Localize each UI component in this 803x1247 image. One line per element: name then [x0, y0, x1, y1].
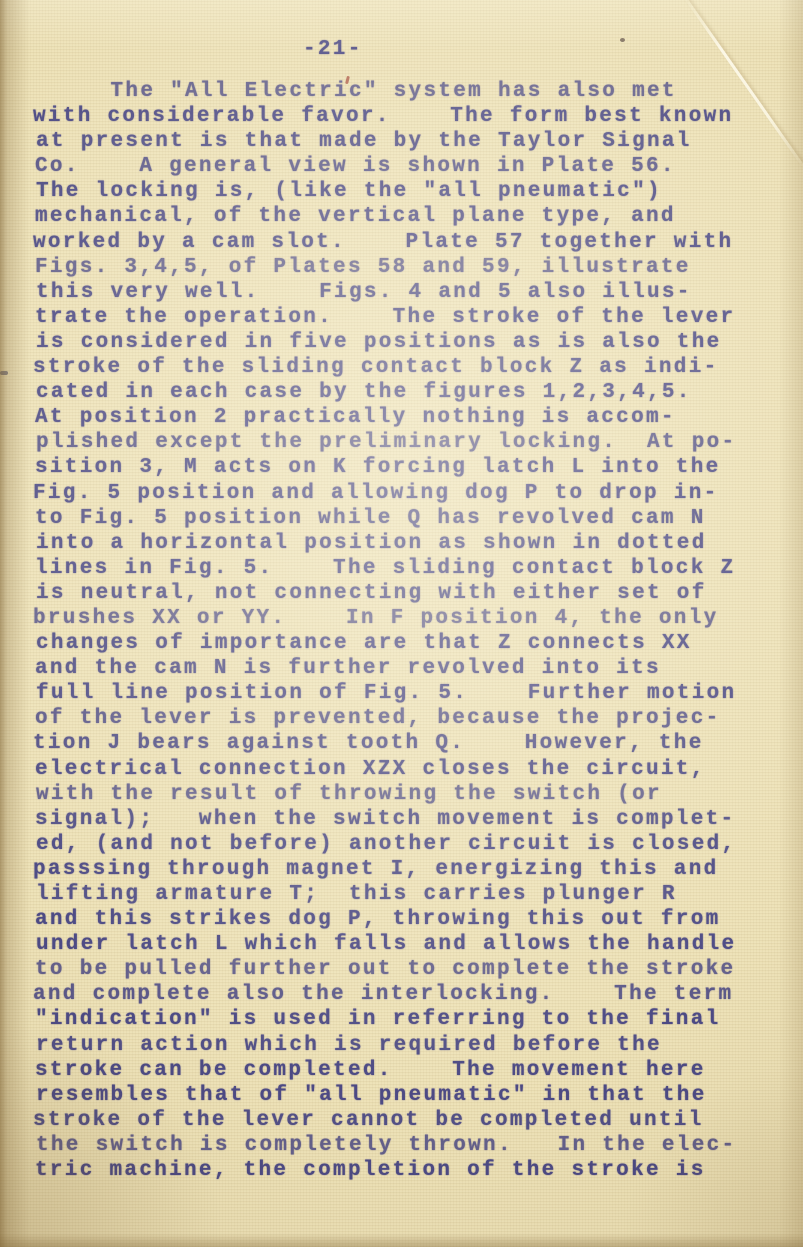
- text-line: electrical connection XZX closes the cir…: [35, 757, 775, 782]
- text-line: The "All Electric" system has also met: [36, 79, 776, 104]
- document-page: -21- The "All Electric" system has also …: [0, 0, 803, 1247]
- text-line: sition 3, M acts on K forcing latch L in…: [35, 455, 775, 480]
- text-line: resembles that of "all pneumatic" in tha…: [36, 1083, 776, 1108]
- text-line: lifting armature T; this carries plunger…: [36, 882, 776, 907]
- text-line: full line position of Fig. 5. Further mo…: [36, 681, 776, 706]
- text-line: with considerable favor. The form best k…: [33, 104, 773, 129]
- text-line: tric machine, the completion of the stro…: [35, 1158, 775, 1183]
- text-line: stroke of the sliding contact block Z as…: [33, 355, 773, 380]
- text-line: signal); when the switch movement is com…: [35, 807, 775, 832]
- text-line: to Fig. 5 position while Q has revolved …: [35, 506, 775, 531]
- text-line: under latch L which falls and allows the…: [36, 932, 776, 957]
- text-line: lines in Fig. 5. The sliding contact blo…: [35, 556, 775, 581]
- text-line: and complete also the interlocking. The …: [33, 982, 773, 1007]
- text-line: passsing through magnet I, energizing th…: [33, 857, 773, 882]
- text-line: stroke can be completed. The movement he…: [35, 1058, 775, 1083]
- text-line: into a horizontal position as shown in d…: [36, 531, 776, 556]
- text-line: The locking is, (like the "all pneumatic…: [36, 179, 776, 204]
- text-line: changes of importance are that Z connect…: [36, 631, 776, 656]
- text-line: trate the operation. The stroke of the l…: [35, 305, 775, 330]
- text-line: ed, (and not before) another circuit is …: [36, 832, 776, 857]
- text-line: at present is that made by the Taylor Si…: [36, 129, 776, 154]
- text-line: is considered in five positions as is al…: [36, 330, 776, 355]
- text-line: At position 2 practically nothing is acc…: [35, 405, 775, 430]
- text-line: tion J bears against tooth Q. However, t…: [33, 731, 773, 756]
- text-line: plished except the preliminary locking. …: [36, 430, 776, 455]
- page-number: -21-: [303, 38, 363, 61]
- text-line: is neutral, not connecting with either s…: [36, 581, 776, 606]
- text-line: and the cam N is further revolved into i…: [35, 656, 775, 681]
- text-line: stroke of the lever cannot be completed …: [33, 1108, 773, 1133]
- text-line: brushes XX or YY. In F position 4, the o…: [33, 606, 773, 631]
- text-line: of the lever is prevented, because the p…: [35, 706, 775, 731]
- text-line: return action which is required before t…: [36, 1033, 776, 1058]
- text-line: and this strikes dog P, throwing this ou…: [35, 907, 775, 932]
- edge-ink-speck: [0, 371, 8, 375]
- text-line: Figs. 3,4,5, of Plates 58 and 59, illust…: [35, 255, 775, 280]
- text-line: worked by a cam slot. Plate 57 together …: [33, 230, 773, 255]
- text-line: with the result of throwing the switch (…: [36, 782, 776, 807]
- text-line: Fig. 5 position and allowing dog P to dr…: [33, 481, 773, 506]
- body-text: The "All Electric" system has also metwi…: [35, 79, 775, 1183]
- text-line: to be pulled further out to complete the…: [35, 957, 775, 982]
- text-line: "indication" is used in referring to the…: [35, 1007, 775, 1032]
- text-line: mechanical, of the vertical plane type, …: [35, 204, 775, 229]
- text-line: this very well. Figs. 4 and 5 also illus…: [36, 280, 776, 305]
- text-line: cated in each case by the figures 1,2,3,…: [36, 380, 776, 405]
- text-line: Co. A general view is shown in Plate 56.: [35, 154, 775, 179]
- paper-speck: [620, 38, 625, 42]
- text-line: the switch is completely thrown. In the …: [36, 1133, 776, 1158]
